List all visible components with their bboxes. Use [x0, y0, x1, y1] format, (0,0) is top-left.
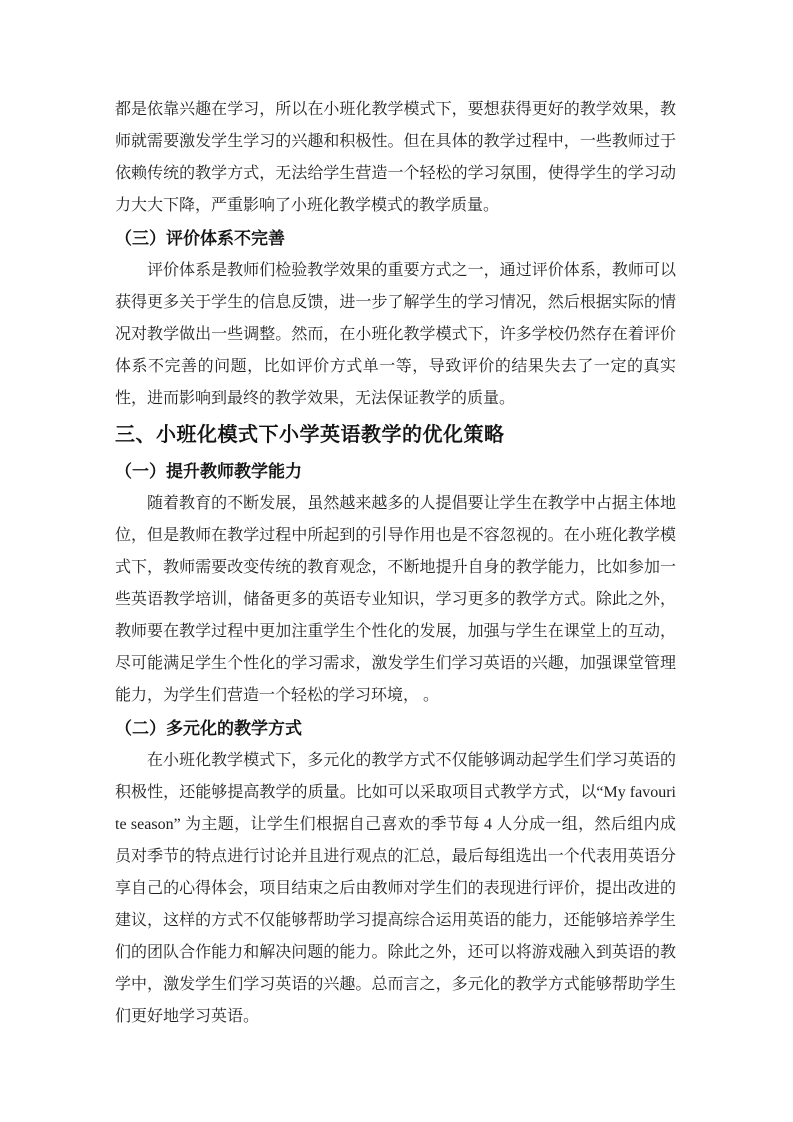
page-content: 都是依靠兴趣在学习，所以在小班化教学模式下，要想获得更好的教学效果，教师就需要激… — [115, 94, 676, 1033]
document-page: 都是依靠兴趣在学习，所以在小班化教学模式下，要想获得更好的教学效果，教师就需要激… — [0, 0, 793, 1122]
paragraph-continued-from-previous-page: 都是依靠兴趣在学习，所以在小班化教学模式下，要想获得更好的教学效果，教师就需要激… — [115, 94, 676, 222]
subsection-heading-teacher-ability: （一）提升教师教学能力 — [115, 455, 676, 488]
subsection-heading-evaluation-system: （三）评价体系不完善 — [115, 222, 676, 255]
paragraph-diversified-teaching: 在小班化教学模式下，多元化的教学方式不仅能够调动起学生们学习英语的积极性，还能够… — [115, 745, 676, 1033]
subsection-heading-diversified-teaching: （二）多元化的教学方式 — [115, 712, 676, 745]
section-heading-optimization-strategies: 三、小班化模式下小学英语教学的优化策略 — [115, 415, 676, 455]
paragraph-evaluation-system: 评价体系是教师们检验教学效果的重要方式之一，通过评价体系，教师可以获得更多关于学… — [115, 255, 676, 415]
paragraph-teacher-ability: 随着教育的不断发展，虽然越来越多的人提倡要让学生在教学中占据主体地位，但是教师在… — [115, 488, 676, 712]
